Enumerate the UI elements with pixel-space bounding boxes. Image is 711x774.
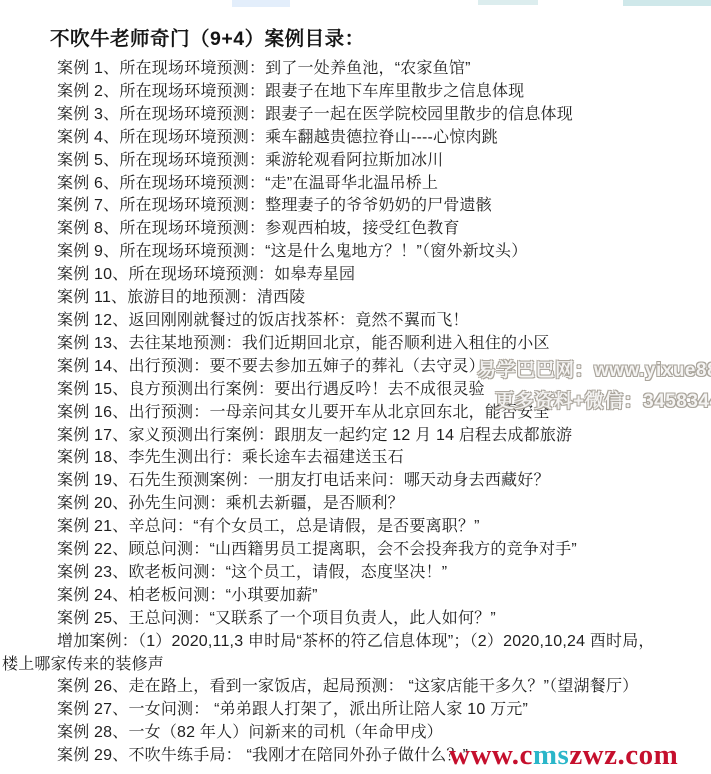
toc-line: 案例 27、一女问测： “弟弟跟人打架了，派出所让陪人家 10 万元” — [0, 699, 711, 722]
watermark-wechat-line: 更多资料+微信：3458344044 — [495, 386, 711, 413]
toc-line: 案例 18、李先生测出行：乘长途车去福建送玉石 — [0, 447, 711, 470]
toc-line: 案例 3、所在现场环境预测：跟妻子一起在医学院校园里散步的信息体现 — [0, 104, 711, 127]
toc-line: 案例 8、所在现场环境预测：参观西柏坡，接受红色教育 — [0, 218, 711, 241]
screen-artifact — [478, 0, 538, 5]
screen-artifact — [232, 0, 290, 7]
toc-line: 楼上哪家传来的装修声 — [0, 654, 711, 677]
toc-line: 案例 20、孙先生问测：乘机去新疆，是否顺利？ — [0, 493, 711, 516]
watermark-site-line: 易学巴巴网：www.yixue88.cn — [477, 355, 711, 382]
footer-url-part: www.c — [449, 739, 533, 771]
toc-line: 案例 4、所在现场环境预测：乘车翻越贵德拉脊山----心惊肉跳 — [0, 127, 711, 150]
toc-line: 案例 13、去往某地预测：我们近期回北京，能否顺利进入租住的小区 — [0, 333, 711, 356]
document-page: 不吹牛老师奇门（9+4）案例目录： 案例 1、所在现场环境预测：到了一处养鱼池，… — [0, 0, 711, 774]
toc-line: 案例 23、欧老板问测：“这个员工，请假，态度坚决！” — [0, 562, 711, 585]
footer-url: www.cmszwz.com — [449, 739, 678, 772]
toc-line: 案例 24、柏老板问测：“小琪要加薪” — [0, 585, 711, 608]
case-list: 案例 1、所在现场环境预测：到了一处养鱼池，“农家鱼馆”案例 2、所在现场环境预… — [0, 58, 711, 768]
toc-line: 案例 21、辛总问：“有个女员工，总是请假，是否要离职？” — [0, 516, 711, 539]
toc-line: 案例 6、所在现场环境预测：“走”在温哥华北温吊桥上 — [0, 173, 711, 196]
toc-line: 案例 25、王总问测：“又联系了一个项目负责人，此人如何？” — [0, 608, 711, 631]
toc-line: 案例 11、旅游目的地预测：清西陵 — [0, 287, 711, 310]
toc-line: 案例 19、石先生预测案例：一朋友打电话来问：哪天动身去西藏好？ — [0, 470, 711, 493]
toc-line: 案例 9、所在现场环境预测：“这是什么鬼地方？！”（窗外新坟头） — [0, 241, 711, 264]
footer-url-part: ms — [533, 739, 569, 771]
toc-line: 案例 26、走在路上，看到一家饭店，起局预测： “这家店能干多久？”（望湖餐厅） — [0, 676, 711, 699]
footer-url-part: zwz.com — [569, 739, 678, 771]
toc-line: 案例 2、所在现场环境预测：跟妻子在地下车库里散步之信息体现 — [0, 81, 711, 104]
toc-line: 案例 17、家义预测出行案例：跟朋友一起约定 12 月 14 启程去成都旅游 — [0, 425, 711, 448]
toc-line: 增加案例：（1）2020,11,3 申时局“茶杯的符乙信息体现”；（2）2020… — [0, 631, 711, 654]
page-title: 不吹牛老师奇门（9+4）案例目录： — [50, 23, 365, 51]
toc-line: 案例 5、所在现场环境预测：乘游轮观看阿拉斯加冰川 — [0, 150, 711, 173]
toc-line: 案例 22、顾总问测：“山西籍男员工提离职，会不会投奔我方的竞争对手” — [0, 539, 711, 562]
toc-line: 案例 10、所在现场环境预测：如皋寿星园 — [0, 264, 711, 287]
screen-artifact — [623, 0, 711, 6]
toc-line: 案例 7、所在现场环境预测：整理妻子的爷爷奶奶的尸骨遗骸 — [0, 195, 711, 218]
toc-line: 案例 1、所在现场环境预测：到了一处养鱼池，“农家鱼馆” — [0, 58, 711, 81]
toc-line: 案例 12、返回刚刚就餐过的饭店找茶杯：竟然不翼而飞！ — [0, 310, 711, 333]
